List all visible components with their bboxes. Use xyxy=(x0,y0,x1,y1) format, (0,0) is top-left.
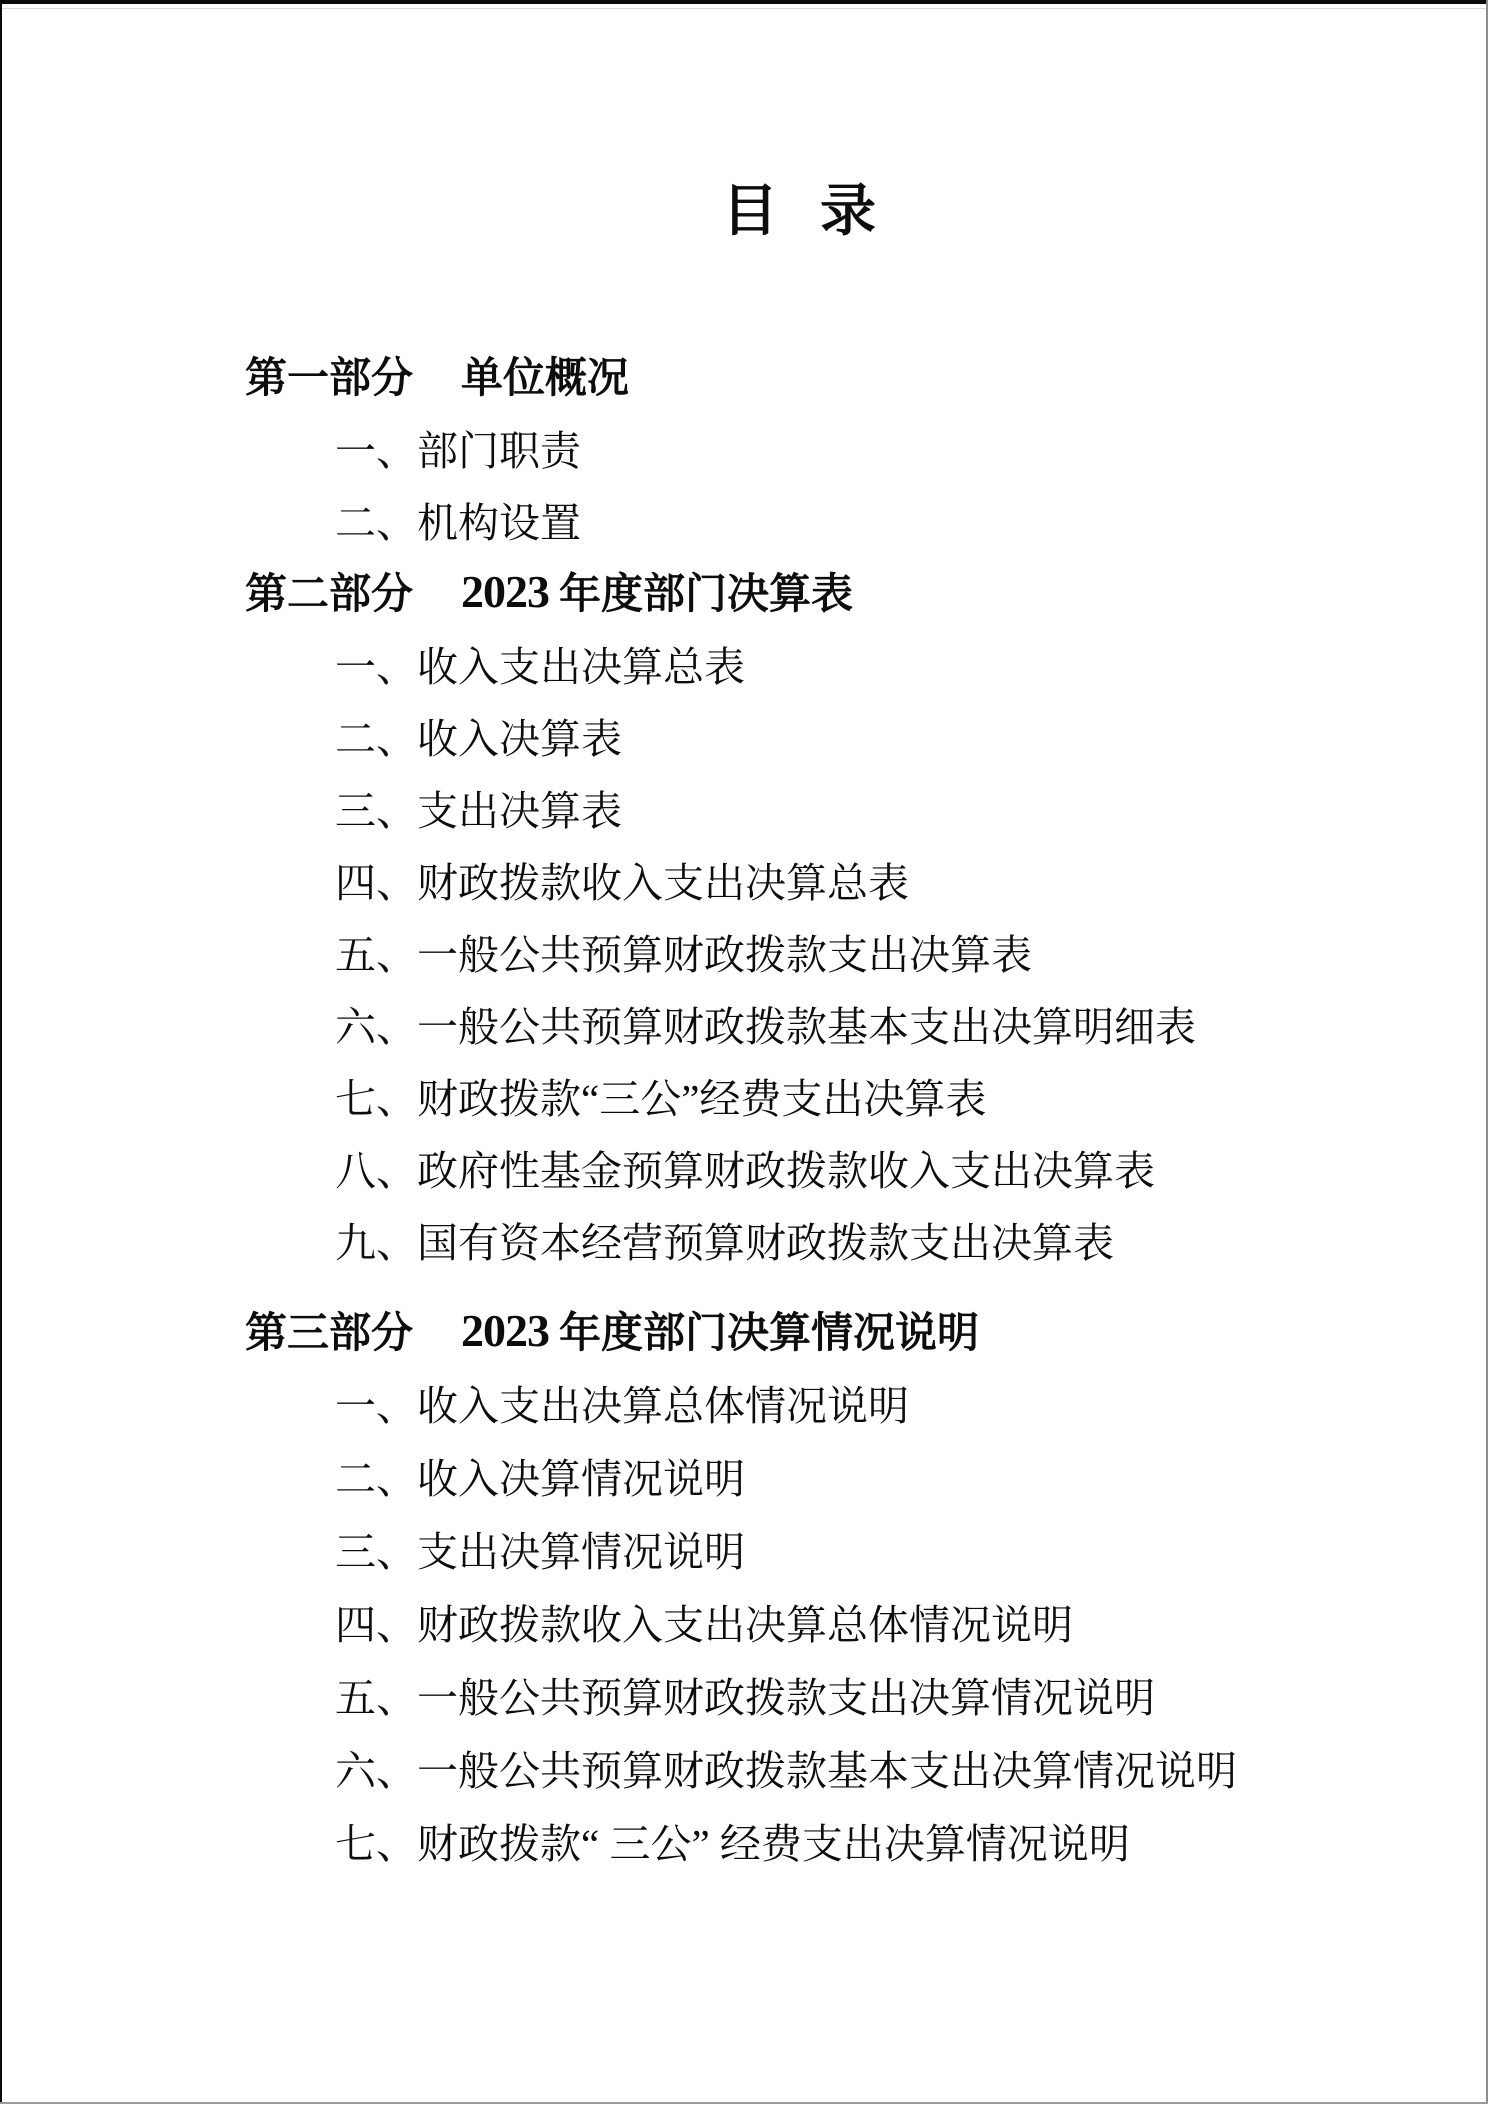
toc-item: 一、收入支出决算总体情况说明 xyxy=(245,1366,1428,1439)
toc-item: 二、收入决算情况说明 xyxy=(245,1439,1428,1512)
section-heading-part3: 第三部分 2023 年度部门决算情况说明 xyxy=(245,1294,1428,1366)
scan-edge-left xyxy=(0,0,2,2104)
toc-item: 六、一般公共预算财政拨款基本支出决算明细表 xyxy=(245,987,1428,1059)
toc-item-label: 一、收入支出决算总表 xyxy=(335,634,745,693)
toc-item: 五、一般公共预算财政拨款支出决算情况说明 xyxy=(245,1658,1428,1731)
toc-item: 六、一般公共预算财政拨款基本支出决算情况说明 xyxy=(245,1731,1428,1804)
section-number: 第二部分 xyxy=(245,561,413,621)
section-title: 年度部门决算表 xyxy=(559,561,853,621)
toc-item: 三、支出决算表 xyxy=(245,771,1428,843)
scan-edge-top xyxy=(0,0,1488,4)
scan-edge-top-hairline xyxy=(0,8,1488,9)
toc-item: 四、财政拨款收入支出决算总表 xyxy=(245,843,1428,915)
toc-item-label: 四、财政拨款收入支出决算总表 xyxy=(335,850,909,909)
toc-item: 二、收入决算表 xyxy=(245,699,1428,771)
toc-item-label: 六、一般公共预算财政拨款基本支出决算明细表 xyxy=(335,994,1196,1053)
section-year: 2023 xyxy=(461,565,549,618)
toc-item-label: 二、收入决算表 xyxy=(335,706,622,765)
section-heading-part1: 第一部分 单位概况 xyxy=(245,339,1428,411)
section-number: 第三部分 xyxy=(245,1300,413,1360)
toc-item-label: 四、财政拨款收入支出决算总体情况说明 xyxy=(335,1592,1073,1651)
toc-item: 七、财政拨款“三公”经费支出决算表 xyxy=(245,1059,1428,1131)
section-title: 年度部门决算情况说明 xyxy=(559,1300,979,1360)
section-number: 第一部分 xyxy=(245,345,413,405)
toc-item: 三、支出决算情况说明 xyxy=(245,1512,1428,1585)
toc-item-label: 一、部门职责 xyxy=(335,418,581,477)
toc-item-label: 七、财政拨款“三公”经费支出决算表 xyxy=(335,1066,986,1125)
section-year: 2023 xyxy=(461,1304,549,1357)
toc-item-label: 九、国有资本经营预算财政拨款支出决算表 xyxy=(335,1210,1114,1269)
toc-item-label: 五、一般公共预算财政拨款支出决算情况说明 xyxy=(335,1665,1155,1724)
toc-item-label: 三、支出决算表 xyxy=(335,778,622,837)
toc-item: 一、部门职责 xyxy=(245,411,1428,483)
toc-item: 四、财政拨款收入支出决算总体情况说明 xyxy=(245,1585,1428,1658)
toc-item-label: 六、一般公共预算财政拨款基本支出决算情况说明 xyxy=(335,1738,1237,1797)
section-title: 单位概况 xyxy=(461,345,629,405)
toc-item: 八、政府性基金预算财政拨款收入支出决算表 xyxy=(245,1131,1428,1203)
page-title: 目 录 xyxy=(62,180,1488,244)
toc-item: 五、一般公共预算财政拨款支出决算表 xyxy=(245,915,1428,987)
toc-item-label: 二、机构设置 xyxy=(335,490,581,549)
section-heading-part2: 第二部分 2023 年度部门决算表 xyxy=(245,555,1428,627)
toc-item-label: 八、政府性基金预算财政拨款收入支出决算表 xyxy=(335,1138,1155,1197)
table-of-contents: 第一部分 单位概况 一、部门职责 二、机构设置 第二部分 2023 年度部门决算… xyxy=(245,339,1428,1877)
toc-item-label: 二、收入决算情况说明 xyxy=(335,1446,745,1505)
toc-item: 一、收入支出决算总表 xyxy=(245,627,1428,699)
toc-item-label: 七、财政拨款“ 三公” 经费支出决算情况说明 xyxy=(335,1811,1130,1870)
toc-item: 二、机构设置 xyxy=(245,483,1428,555)
toc-item: 九、国有资本经营预算财政拨款支出决算表 xyxy=(245,1203,1428,1275)
toc-item: 七、财政拨款“ 三公” 经费支出决算情况说明 xyxy=(245,1804,1428,1877)
toc-item-label: 三、支出决算情况说明 xyxy=(335,1519,745,1578)
toc-item-label: 一、收入支出决算总体情况说明 xyxy=(335,1373,909,1432)
toc-item-label: 五、一般公共预算财政拨款支出决算表 xyxy=(335,922,1032,981)
